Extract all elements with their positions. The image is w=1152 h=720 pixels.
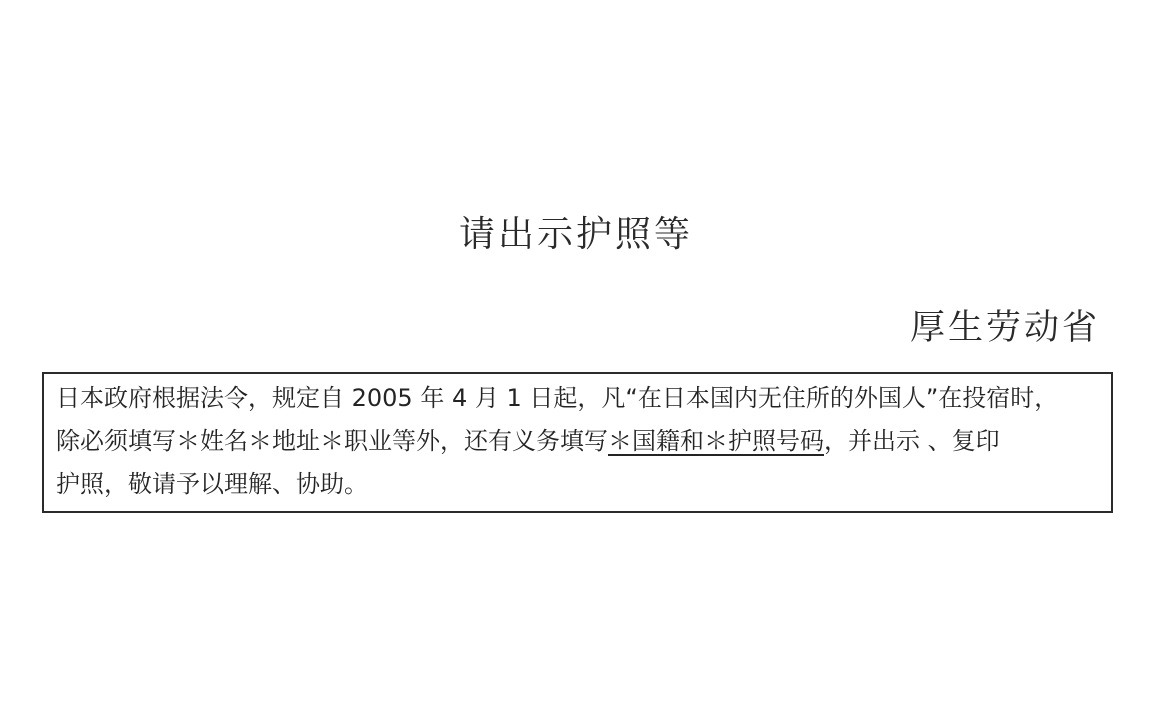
page-title: 请出示护照等 [0,206,1152,257]
notice-line-1-text: 日本政府根据法令，规定自 2005 年 4 月 1 日起，凡“在日本国内无住所的… [56,384,1058,412]
issuer-name: 厚生劳动省 [910,300,1100,350]
notice-line-1: 日本政府根据法令，规定自 2005 年 4 月 1 日起，凡“在日本国内无住所的… [56,377,1099,420]
notice-line-2-post: ，并出示 、复印 [824,427,1000,455]
document-page: 请出示护照等 厚生劳动省 日本政府根据法令，规定自 2005 年 4 月 1 日… [0,0,1152,720]
notice-line-3-text: 护照，敬请予以理解、协助。 [56,470,368,498]
notice-box: 日本政府根据法令，规定自 2005 年 4 月 1 日起，凡“在日本国内无住所的… [42,372,1113,513]
notice-line-3: 护照，敬请予以理解、协助。 [56,463,1099,506]
notice-line-2: 除必须填写＊姓名＊地址＊职业等外，还有义务填写＊国籍和＊护照号码，并出示 、复印 [56,420,1099,463]
notice-line-2-pre: 除必须填写＊姓名＊地址＊职业等外，还有义务填写 [56,427,608,455]
notice-line-2-underlined: ＊国籍和＊护照号码 [608,427,824,455]
